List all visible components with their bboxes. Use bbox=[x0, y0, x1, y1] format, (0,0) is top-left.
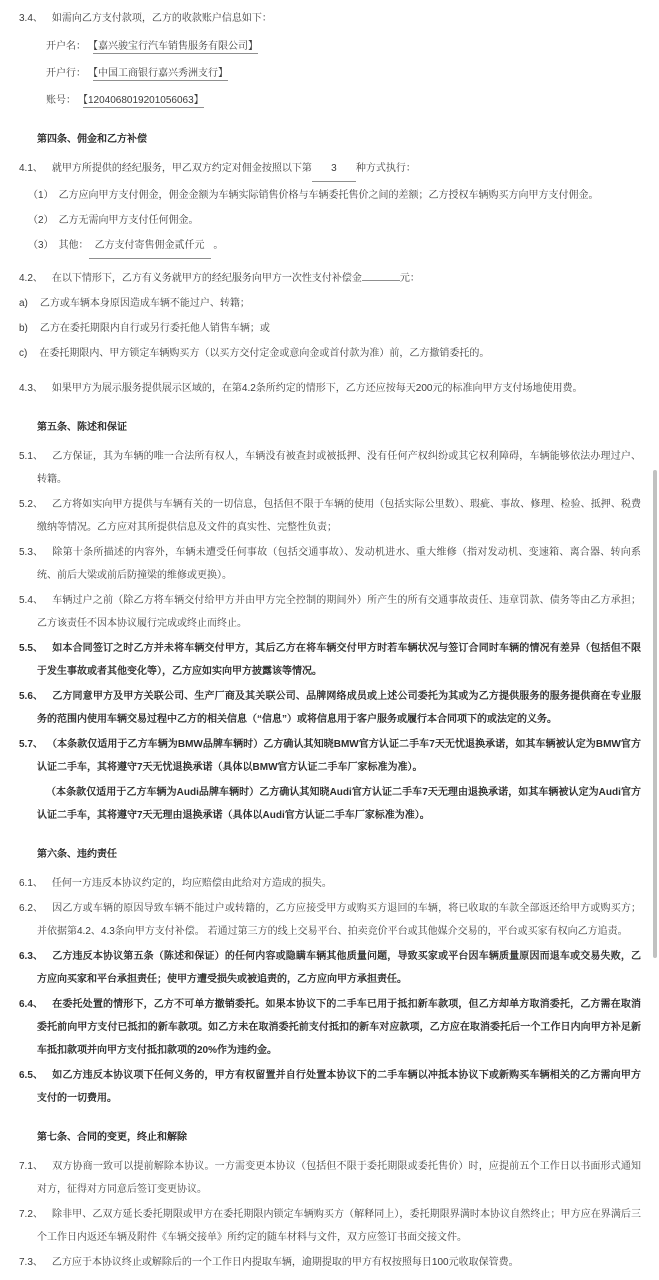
clause-text: 如果甲方为展示服务提供展示区域的，在第4.2条所约定的情形下，乙方还应按每天20… bbox=[52, 383, 583, 394]
section-heading: 第五条、陈述和保证 bbox=[0, 416, 641, 439]
section-heading: 第六条、违约责任 bbox=[0, 843, 641, 866]
clause-number: 6.1、 bbox=[19, 878, 43, 889]
clause-text: 就甲方所提供的经纪服务，甲乙双方约定对佣金按照以下第 bbox=[52, 163, 312, 174]
clause-text: 乙方保证，其为车辆的唯一合法所有权人，车辆没有被查封或被抵押、没有任何产权纠纷或… bbox=[37, 451, 641, 485]
clause-number: a) bbox=[19, 298, 28, 309]
clause-number: （2） bbox=[28, 215, 54, 226]
clause-paragraph: （2）乙方无需向甲方支付任何佣金。 bbox=[0, 209, 641, 232]
clause-text: 元： bbox=[400, 273, 420, 284]
clause-number: 7.1、 bbox=[19, 1161, 43, 1172]
clause-number: b) bbox=[19, 323, 28, 334]
fill-in-blank-value: 3 bbox=[312, 157, 356, 182]
clause-text: 第五条、陈述和保证 bbox=[37, 422, 127, 433]
clause-number: （3） bbox=[28, 240, 54, 251]
clause-text: 第七条、合同的变更，终止和解除 bbox=[37, 1132, 187, 1143]
clause-number: c) bbox=[19, 348, 27, 359]
contract-document-page: 3.4、如需向乙方支付款项，乙方的收款账户信息如下：开户名：【嘉兴骏宝行汽车销售… bbox=[0, 0, 659, 1274]
clause-number: 5.7、 bbox=[19, 739, 43, 750]
clause-text: 在委托处置的情形下，乙方不可单方撤销委托。如果本协议下的二手车已用于抵扣新车款项… bbox=[37, 999, 641, 1056]
clause-text: 任何一方违反本协议约定的，均应赔偿由此给对方造成的损失。 bbox=[52, 878, 332, 889]
clause-paragraph: （1）乙方应向甲方支付佣金，佣金金额为车辆实际销售价格与车辆委托售价之间的差额；… bbox=[0, 184, 641, 207]
clause-text: 因乙方或车辆的原因导致车辆不能过户或转籍的，乙方应接受甲方或购买方退回的车辆，将… bbox=[37, 903, 641, 937]
clause-paragraph: 4.2、在以下情形下，乙方有义务就甲方的经纪服务向甲方一次性支付补偿金元： bbox=[0, 267, 641, 290]
clause-number: 5.5、 bbox=[19, 643, 43, 654]
clause-number: 6.5、 bbox=[19, 1070, 43, 1081]
clause-text: 在以下情形下，乙方有义务就甲方的经纪服务向甲方一次性支付补偿金 bbox=[52, 273, 362, 284]
clause-text: 车辆过户之前（除乙方将车辆交付给甲方并由甲方完全控制的期间外）所产生的所有交通事… bbox=[37, 595, 641, 629]
clause-text: 如乙方违反本协议项下任何义务的，甲方有权留置并自行处置本协议下的二手车辆以冲抵本… bbox=[37, 1070, 641, 1104]
clause-text: 乙方同意甲方及甲方关联公司、生产厂商及其关联公司、品牌网络成员或上述公司委托为其… bbox=[37, 691, 641, 725]
clause-paragraph: 6.5、如乙方违反本协议项下任何义务的，甲方有权留置并自行处置本协议下的二手车辆… bbox=[0, 1064, 641, 1110]
clause-number: 5.6、 bbox=[19, 691, 43, 702]
account-field: 开户名：【嘉兴骏宝行汽车销售服务有限公司】 bbox=[0, 35, 641, 58]
clause-text: 乙方应于本协议终止或解除后的一个工作日内提取车辆，逾期提取的甲方有权按照每日10… bbox=[52, 1257, 519, 1268]
clause-text: （本条款仅适用于乙方车辆为BMW品牌车辆时）乙方确认其知晓BMW官方认证二手车7… bbox=[37, 739, 641, 773]
clause-text: 第四条、佣金和乙方补偿 bbox=[37, 134, 147, 145]
clause-number: 5.3、 bbox=[19, 547, 43, 558]
section-heading: 第四条、佣金和乙方补偿 bbox=[0, 128, 641, 151]
clause-paragraph: （本条款仅适用于乙方车辆为Audi品牌车辆时）乙方确认其知晓Audi官方认证二手… bbox=[0, 781, 641, 827]
clause-paragraph: 6.4、在委托处置的情形下，乙方不可单方撤销委托。如果本协议下的二手车已用于抵扣… bbox=[0, 993, 641, 1062]
clause-number: 7.3、 bbox=[19, 1257, 43, 1268]
clause-number: （1） bbox=[28, 190, 54, 201]
clause-number: 5.1、 bbox=[19, 451, 43, 462]
clause-text: 如本合同签订之时乙方并未将车辆交付甲方，其后乙方在将车辆交付甲方时若车辆状况与签… bbox=[37, 643, 641, 677]
clause-paragraph: 4.3、如果甲方为展示服务提供展示区域的，在第4.2条所约定的情形下，乙方还应按… bbox=[0, 377, 641, 400]
clause-paragraph: 7.2、除非甲、乙双方延长委托期限或甲方在委托期限内锁定车辆购买方（解释同上），… bbox=[0, 1203, 641, 1249]
scrollbar-thumb[interactable] bbox=[653, 470, 657, 958]
clause-number: 4.1、 bbox=[19, 163, 43, 174]
underlined-value: 【1204068019201056063】 bbox=[83, 95, 204, 108]
clause-number: 4.3、 bbox=[19, 383, 43, 394]
clause-text: 双方协商一致可以提前解除本协议。一方需变更本协议（包括但不限于委托期限或委托售价… bbox=[37, 1161, 641, 1195]
underlined-value: 【嘉兴骏宝行汽车销售服务有限公司】 bbox=[93, 41, 258, 54]
clause-text: 乙方无需向甲方支付任何佣金。 bbox=[59, 215, 199, 226]
account-field: 开户行：【中国工商银行嘉兴秀洲支行】 bbox=[0, 62, 641, 85]
fill-in-blank-value: 乙方支付寄售佣金贰仟元 bbox=[89, 234, 211, 259]
clause-paragraph: 5.1、乙方保证，其为车辆的唯一合法所有权人，车辆没有被查封或被抵押、没有任何产… bbox=[0, 445, 641, 491]
clause-number: 5.4、 bbox=[19, 595, 43, 606]
clause-paragraph: 6.2、因乙方或车辆的原因导致车辆不能过户或转籍的，乙方应接受甲方或购买方退回的… bbox=[0, 897, 641, 943]
clause-number: 5.2、 bbox=[19, 499, 43, 510]
clause-paragraph: b)乙方在委托期限内自行或另行委托他人销售车辆；或 bbox=[0, 317, 641, 340]
clause-number: 6.2、 bbox=[19, 903, 43, 914]
clause-number: 6.4、 bbox=[19, 999, 43, 1010]
clause-paragraph: 6.1、任何一方违反本协议约定的，均应赔偿由此给对方造成的损失。 bbox=[0, 872, 641, 895]
clause-paragraph: 7.3、乙方应于本协议终止或解除后的一个工作日内提取车辆，逾期提取的甲方有权按照… bbox=[0, 1251, 641, 1274]
contract-body: 3.4、如需向乙方支付款项，乙方的收款账户信息如下：开户名：【嘉兴骏宝行汽车销售… bbox=[0, 0, 659, 1274]
clause-text: 第六条、违约责任 bbox=[37, 849, 117, 860]
clause-paragraph: 5.3、除第十条所描述的内容外，车辆未遭受任何事故（包括交通事故）、发动机进水、… bbox=[0, 541, 641, 587]
section-heading: 第七条、合同的变更，终止和解除 bbox=[0, 1126, 641, 1149]
clause-text: 乙方在委托期限内自行或另行委托他人销售车辆；或 bbox=[40, 323, 270, 334]
clause-text: 。 bbox=[211, 240, 224, 251]
field-label: 账号： bbox=[46, 95, 76, 106]
clause-text: 其他： bbox=[59, 240, 89, 251]
clause-number: 6.3、 bbox=[19, 951, 43, 962]
clause-paragraph: 6.3、乙方违反本协议第五条（陈述和保证）的任何内容或隐瞒车辆其他质量问题，导致… bbox=[0, 945, 641, 991]
clause-number: 4.2、 bbox=[19, 273, 43, 284]
clause-paragraph: 5.6、乙方同意甲方及甲方关联公司、生产厂商及其关联公司、品牌网络成员或上述公司… bbox=[0, 685, 641, 731]
clause-paragraph: 5.4、车辆过户之前（除乙方将车辆交付给甲方并由甲方完全控制的期间外）所产生的所… bbox=[0, 589, 641, 635]
field-label: 开户名： bbox=[46, 41, 86, 52]
clause-paragraph: 4.1、就甲方所提供的经纪服务，甲乙双方约定对佣金按照以下第3种方式执行： bbox=[0, 157, 641, 182]
clause-number: 7.2、 bbox=[19, 1209, 43, 1220]
clause-text: 乙方违反本协议第五条（陈述和保证）的任何内容或隐瞒车辆其他质量问题，导致买家或平… bbox=[37, 951, 641, 985]
clause-text: 如需向乙方支付款项，乙方的收款账户信息如下： bbox=[52, 13, 272, 24]
clause-paragraph: c)在委托期限内、甲方锁定车辆购买方（以买方交付定金或意向金或首付款为准）前，乙… bbox=[0, 342, 641, 365]
account-field: 账号：【1204068019201056063】 bbox=[0, 89, 641, 112]
underlined-value: 【中国工商银行嘉兴秀洲支行】 bbox=[93, 68, 228, 81]
clause-paragraph: a)乙方或车辆本身原因造成车辆不能过户、转籍； bbox=[0, 292, 641, 315]
clause-paragraph: 7.1、双方协商一致可以提前解除本协议。一方需变更本协议（包括但不限于委托期限或… bbox=[0, 1155, 641, 1201]
clause-text: （本条款仅适用于乙方车辆为Audi品牌车辆时）乙方确认其知晓Audi官方认证二手… bbox=[37, 787, 641, 821]
clause-paragraph: 5.2、乙方将如实向甲方提供与车辆有关的一切信息，包括但不限于车辆的使用（包括实… bbox=[0, 493, 641, 539]
clause-text: 乙方将如实向甲方提供与车辆有关的一切信息，包括但不限于车辆的使用（包括实际公里数… bbox=[37, 499, 641, 533]
clause-paragraph: 5.7、（本条款仅适用于乙方车辆为BMW品牌车辆时）乙方确认其知晓BMW官方认证… bbox=[0, 733, 641, 779]
clause-text: 在委托期限内、甲方锁定车辆购买方（以买方交付定金或意向金或首付款为准）前，乙方撤… bbox=[39, 348, 489, 359]
clause-text: 乙方应向甲方支付佣金，佣金金额为车辆实际销售价格与车辆委托售价之间的差额；乙方授… bbox=[59, 190, 599, 201]
clause-paragraph: 3.4、如需向乙方支付款项，乙方的收款账户信息如下： bbox=[0, 7, 641, 30]
clause-text: 除第十条所描述的内容外，车辆未遭受任何事故（包括交通事故）、发动机进水、重大维修… bbox=[37, 547, 641, 581]
clause-number: 3.4、 bbox=[19, 13, 43, 24]
clause-text: 种方式执行： bbox=[356, 163, 416, 174]
clause-paragraph: 5.5、如本合同签订之时乙方并未将车辆交付甲方，其后乙方在将车辆交付甲方时若车辆… bbox=[0, 637, 641, 683]
fill-in-blank-value bbox=[362, 279, 400, 281]
field-label: 开户行： bbox=[46, 68, 86, 79]
clause-text: 除非甲、乙双方延长委托期限或甲方在委托期限内锁定车辆购买方（解释同上），委托期限… bbox=[37, 1209, 641, 1243]
clause-paragraph: （3）其他：乙方支付寄售佣金贰仟元 。 bbox=[0, 234, 641, 259]
clause-text: 乙方或车辆本身原因造成车辆不能过户、转籍； bbox=[40, 298, 250, 309]
